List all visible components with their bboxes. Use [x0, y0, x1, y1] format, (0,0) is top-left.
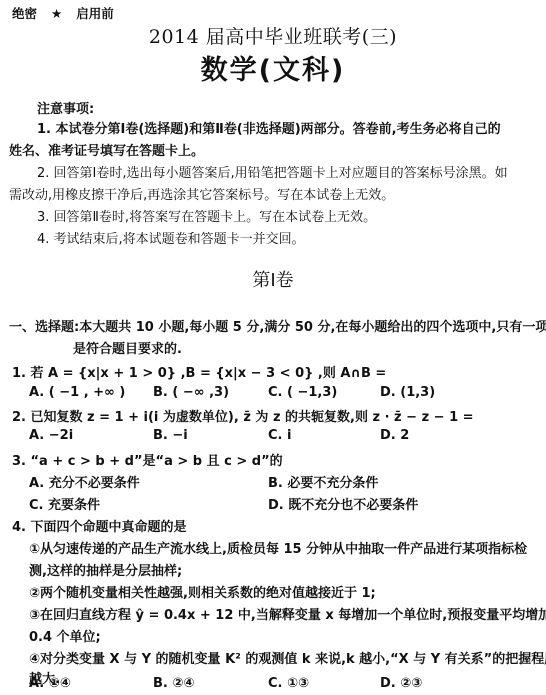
notes-heading: 注意事项:: [37, 98, 94, 117]
question-3-option-b: B. 必要不充分条件: [268, 472, 378, 491]
question-2-option-b: B. −i: [153, 428, 188, 443]
question-4-option-a: A. ①④: [29, 676, 71, 691]
question-4-statement-1-line-1: ①从匀速传递的产品生产流水线上,质检员每 15 分钟从中抽取一件产品进行某项指标…: [29, 538, 527, 557]
star-icon: ★: [51, 6, 62, 21]
question-1-option-b: B. ( −∞ ,3): [153, 385, 229, 400]
question-3-stem: 3. “a + c > b + d”是“a > b 且 c > d”的: [12, 450, 283, 469]
question-3-option-a: A. 充分不必要条件: [29, 472, 140, 491]
question-2-option-d: D. 2: [380, 428, 409, 443]
secrecy-right: 启用前: [76, 6, 114, 21]
note-4: 4. 考试结束后,将本试题卷和答题卡一并交回。: [37, 230, 305, 250]
section-instructions-line-1: 一、选择题:本大题共 10 小题,每小题 5 分,满分 50 分,在每小题给出的…: [9, 318, 546, 338]
question-1-option-d: D. (1,3): [380, 385, 435, 400]
note-3: 3. 回答第Ⅱ卷时,将答案写在答题卡上。写在本试卷上无效。: [37, 208, 376, 228]
note-1-line-1: 1. 本试卷分第Ⅰ卷(选择题)和第Ⅱ卷(非选择题)两部分。答卷前,考生务必将自己…: [37, 120, 501, 140]
secrecy-label: 绝密★启用前: [12, 4, 114, 22]
question-2-option-a: A. −2i: [29, 428, 73, 443]
question-1-option-c: C. ( −1,3): [268, 385, 337, 400]
question-4-option-d: D. ②③: [380, 676, 422, 691]
question-4-statement-3-line-2: 0.4 个单位;: [29, 626, 101, 645]
subject-title: 数学(文科): [0, 48, 546, 87]
question-1-stem: 1. 若 A = {x|x + 1 > 0} ,B = {x|x − 3 < 0…: [12, 362, 386, 381]
note-2-line-2: 需改动,用橡皮擦干净后,再选涂其它答案标号。写在本试卷上无效。: [9, 186, 394, 206]
question-4-option-b: B. ②④: [153, 676, 194, 691]
question-4-option-c: C. ①③: [268, 676, 309, 691]
note-2-line-1: 2. 回答第Ⅰ卷时,选出每小题答案后,用铅笔把答题卡上对应题目的答案标号涂黑。如: [37, 164, 508, 184]
secrecy-left: 绝密: [12, 6, 37, 21]
exam-title: 2014 届高中毕业班联考(三): [0, 22, 546, 49]
question-4-statement-4-line-1: ④对分类变量 X 与 Y 的随机变量 K² 的观测值 k 来说,k 越小,“X …: [29, 648, 546, 667]
question-2-stem: 2. 已知复数 z = 1 + i(i 为虚数单位), z̄ 为 z 的共轭复数…: [12, 406, 474, 425]
question-3-option-c: C. 充要条件: [29, 494, 100, 513]
question-2-option-c: C. i: [268, 428, 291, 443]
question-4-statement-2: ②两个随机变量相关性越强,则相关系数的绝对值越接近于 1;: [29, 582, 376, 601]
question-4-statement-1-line-2: 测,这样的抽样是分层抽样;: [29, 560, 182, 579]
section-instructions-line-2: 是符合题目要求的.: [73, 340, 182, 360]
question-3-option-d: D. 既不充分也不必要条件: [268, 494, 418, 513]
question-1-option-a: A. ( −1 , +∞ ): [29, 385, 125, 400]
section-title: 第Ⅰ卷: [0, 266, 546, 292]
note-1-line-2: 姓名、准考证号填写在答题卡上。: [9, 142, 204, 162]
question-4-statement-3-line-1: ③在回归直线方程 ŷ = 0.4x + 12 中,当解释变量 x 每增加一个单位…: [29, 604, 546, 623]
question-4-stem: 4. 下面四个命题中真命题的是: [12, 516, 187, 535]
